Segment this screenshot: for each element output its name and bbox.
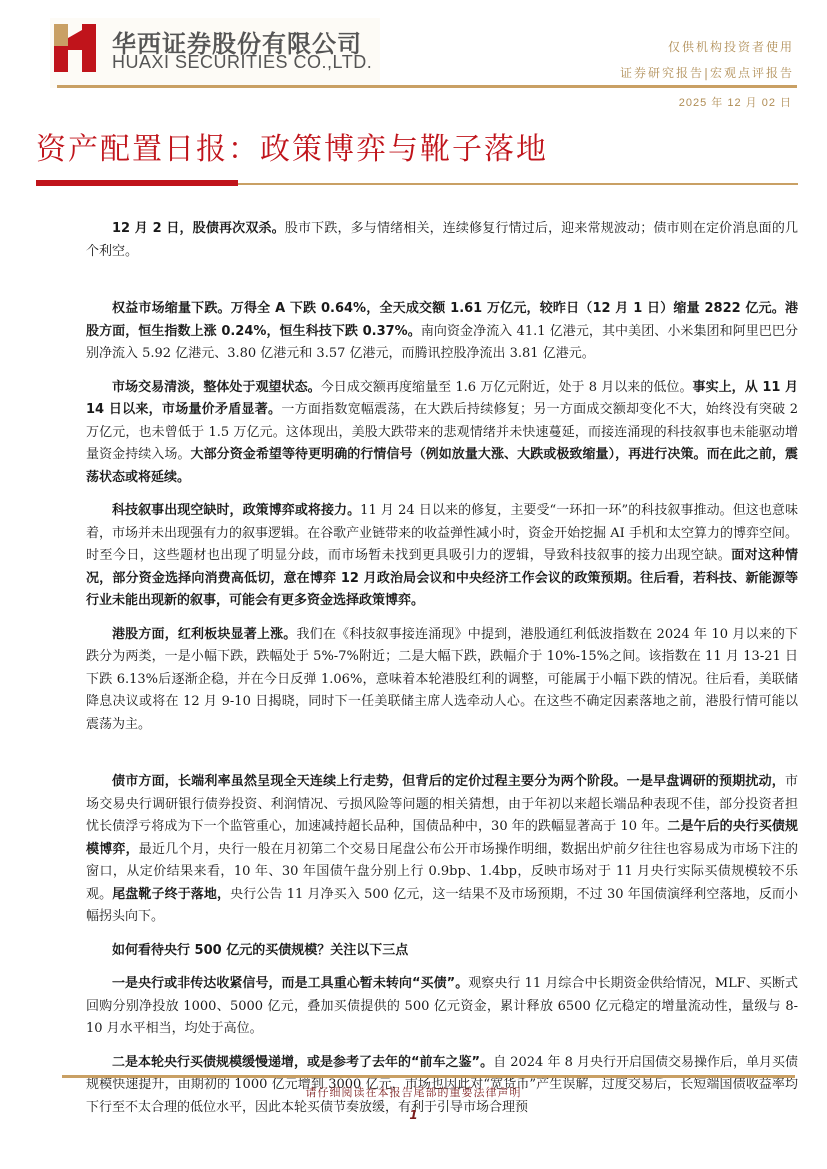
paragraph-bond-market: 债市方面，长端利率虽然呈现全天连续上行走势，但背后的定价过程主要分为两个阶段。一… — [86, 771, 798, 929]
section-heading-three-points: 如何看待央行 500 亿元的买债规模？关注以下三点 — [86, 940, 798, 963]
title-underline-red — [36, 180, 238, 186]
footer-divider — [62, 1075, 795, 1078]
audience-label: 仅供机构投资者使用 — [668, 38, 794, 55]
paragraph-point-one: 一是央行或非传达收紧信号，而是工具重心暂未转向“买债”。观察央行 11 月综合中… — [86, 973, 798, 1041]
paragraph-equity-market: 权益市场缩量下跌。万得全 A 下跌 0.64%，全天成交额 1.61 万亿元，较… — [86, 298, 798, 366]
legal-disclaimer: 请仔细阅读在本报告尾部的重要法律声明 — [0, 1084, 827, 1100]
title-underline-gold — [238, 183, 798, 185]
report-date: 2025 年 12 月 02 日 — [679, 94, 792, 110]
header-divider — [57, 85, 797, 88]
company-logo: 华西证券股份有限公司 HUAXI SECURITIES CO.,LTD. — [50, 18, 380, 88]
paragraph-hk-stocks: 港股方面，红利板块显著上涨。我们在《科技叙事接连涌现》中提到，港股通红利低波指数… — [86, 624, 798, 737]
huaxi-logo-icon — [54, 24, 96, 72]
paragraph-summary: 12 月 2 日，股债再次双杀。股市下跌，多与情绪相关，连续修复行情过后，迎来常… — [86, 218, 798, 263]
report-title: 资产配置日报：政策博弈与靴子落地 — [36, 124, 548, 168]
report-type-label: 证券研究报告|宏观点评报告 — [620, 64, 794, 81]
page-number: 1 — [0, 1108, 827, 1122]
company-name-en: HUAXI SECURITIES CO.,LTD. — [112, 52, 372, 73]
paragraph-market-trading: 市场交易清淡，整体处于观望状态。今日成交额再度缩量至 1.6 万亿元附近，处于 … — [86, 377, 798, 490]
paragraph-tech-narrative: 科技叙事出现空缺时，政策博弈或将接力。11 月 24 日以来的修复，主要受“一环… — [86, 500, 798, 613]
report-body: 12 月 2 日，股债再次双杀。股市下跌，多与情绪相关，连续修复行情过后，迎来常… — [86, 218, 798, 1119]
